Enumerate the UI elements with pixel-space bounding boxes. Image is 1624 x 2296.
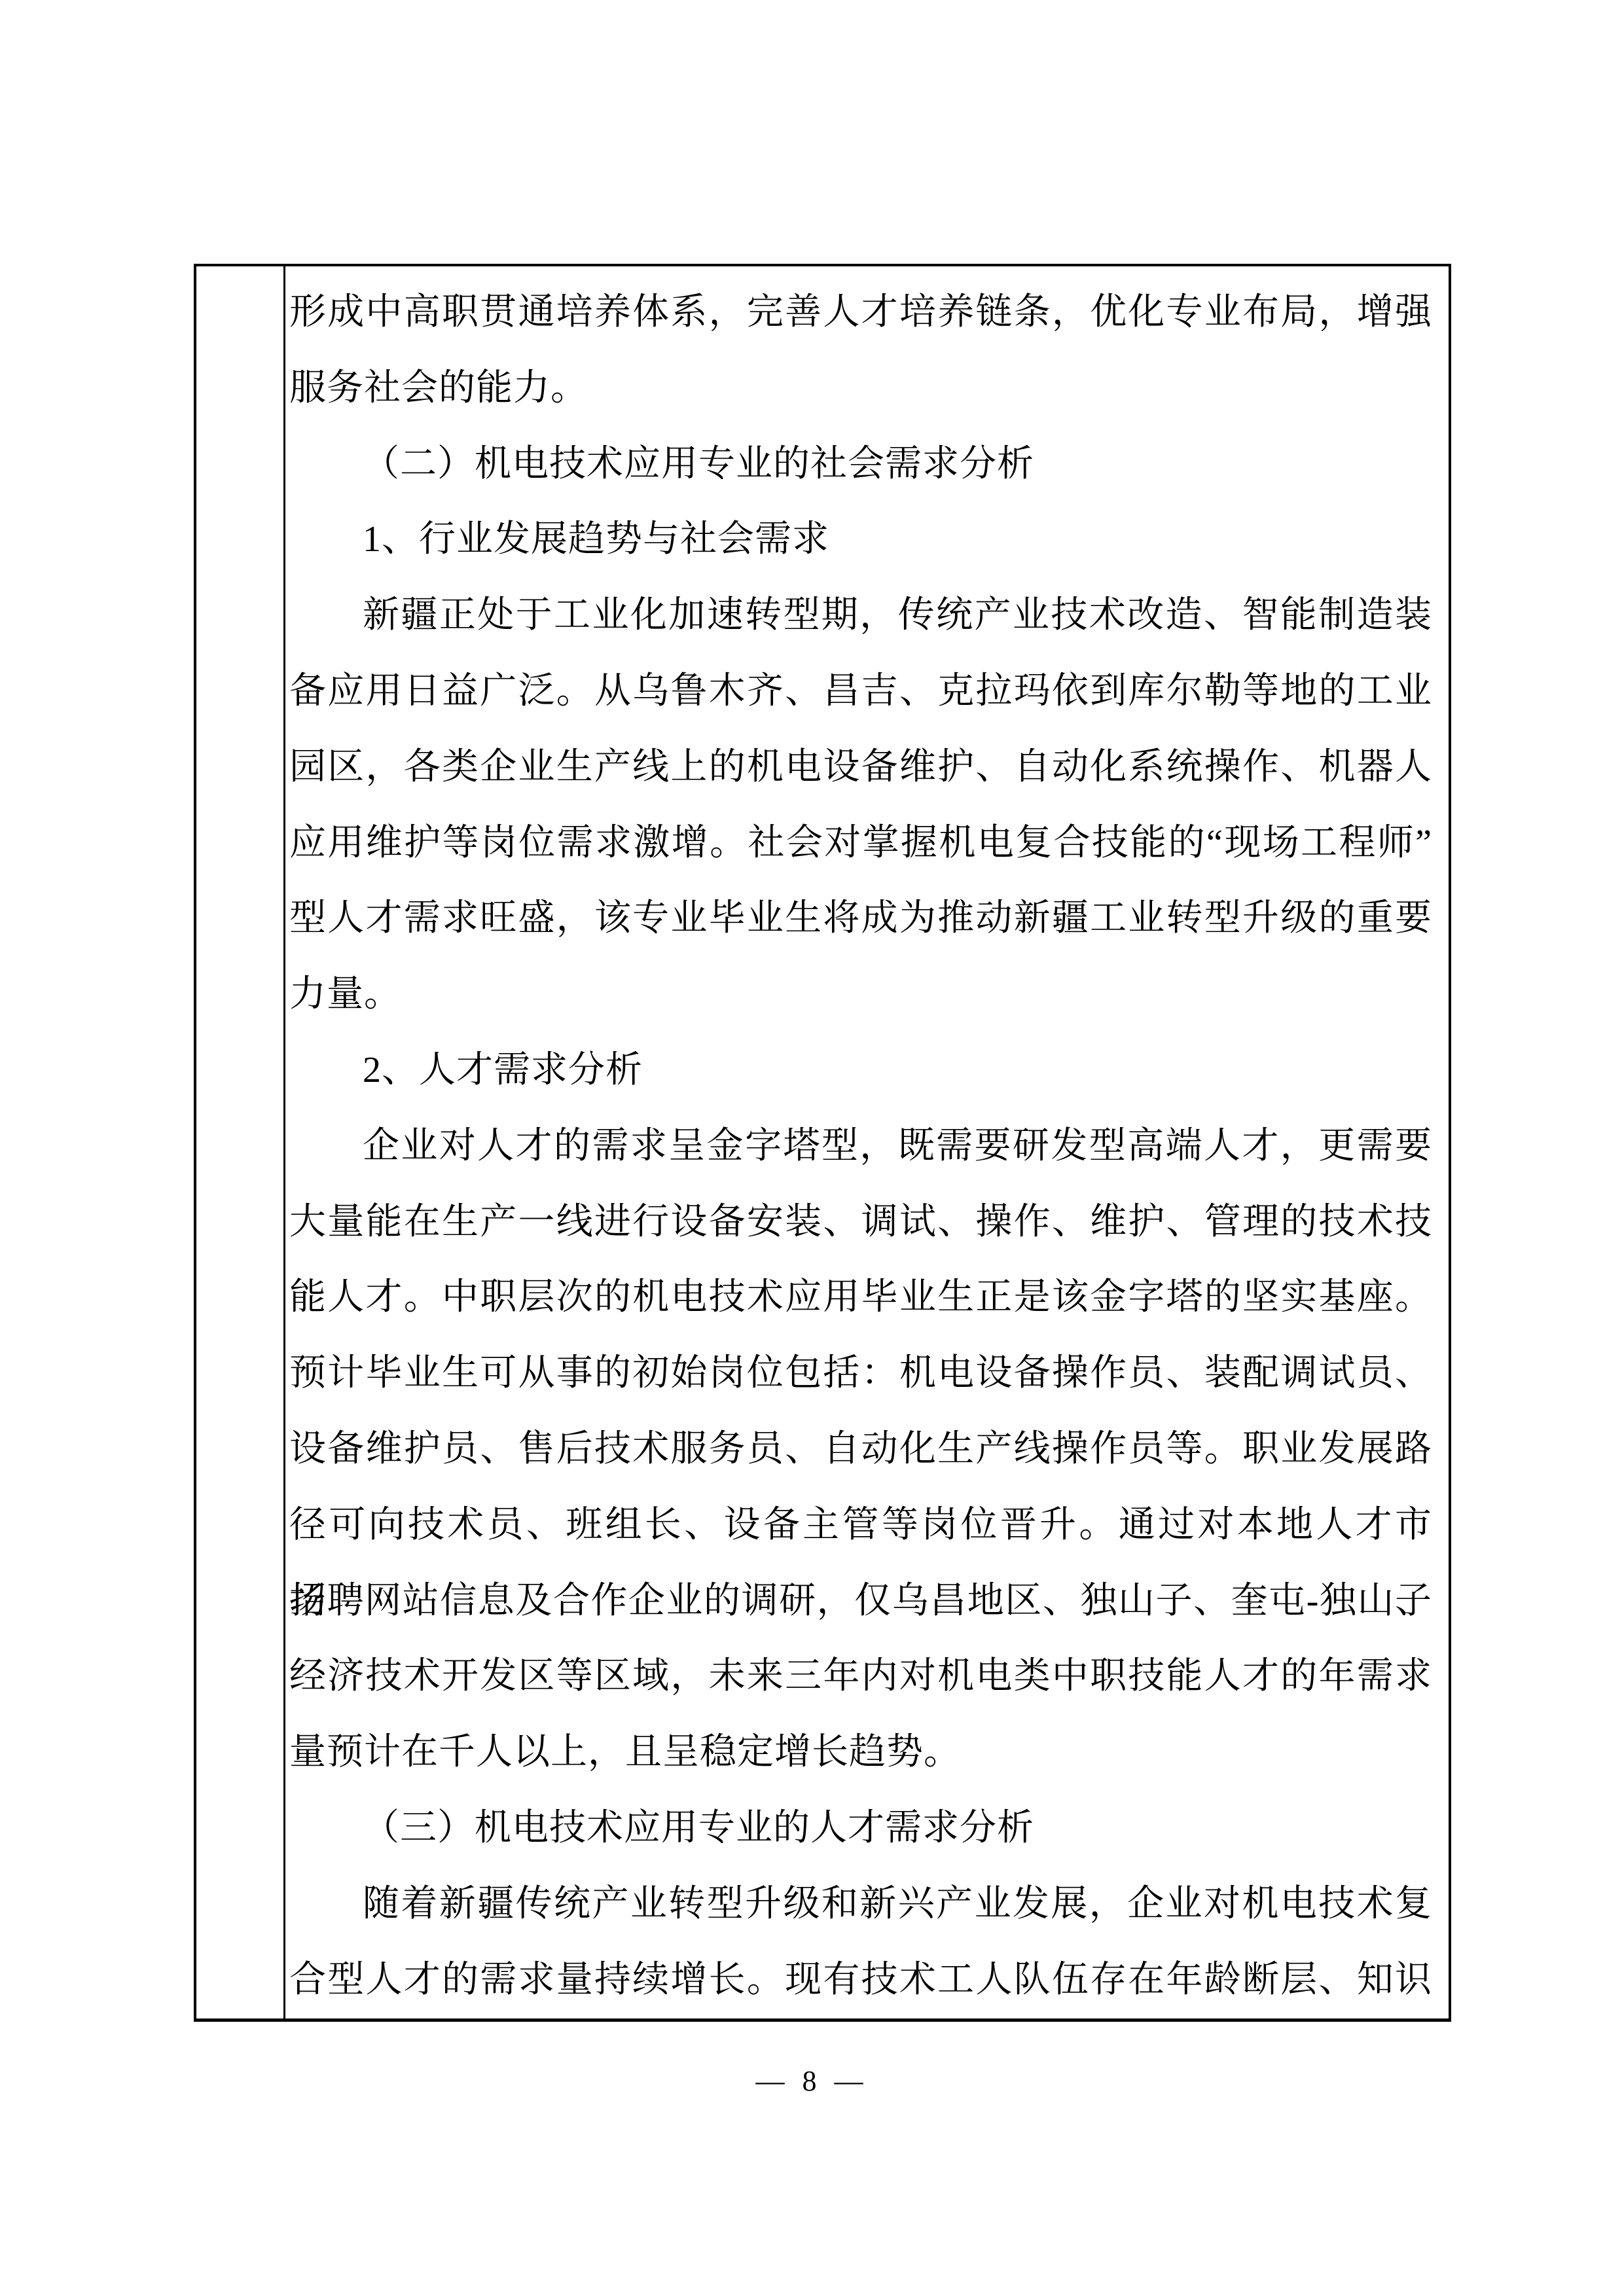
text-line: 园区，各类企业生产线上的机电设备维护、自动化系统操作、机器人 <box>289 730 1432 806</box>
text-line: 应用维护等岗位需求激增。社会对掌握机电复合技能的“现场工程师” <box>289 806 1432 882</box>
text-line: 新疆正处于工业化加速转型期，传统产业技术改造、智能制造装 <box>289 578 1432 654</box>
text-line: 2、人才需求分析 <box>289 1033 1432 1109</box>
text-line: 形成中高职贯通培养体系，完善人才培养链条，优化专业布局，增强 <box>289 275 1432 351</box>
content-table: 形成中高职贯通培养体系，完善人才培养链条，优化专业布局，增强服务社会的能力。（二… <box>194 264 1451 2022</box>
text-line: 型人才需求旺盛，该专业毕业生将成为推动新疆工业转型升级的重要 <box>289 881 1432 957</box>
text-line: 招聘网站信息及合作企业的调研，仅乌昌地区、独山子、奎屯-独山子 <box>289 1564 1432 1640</box>
text-line: 设备维护员、售后技术服务员、自动化生产线操作员等。职业发展路 <box>289 1412 1432 1488</box>
text-line: （二）机电技术应用专业的社会需求分析 <box>289 427 1432 503</box>
text-line: 随着新疆传统产业转型升级和新兴产业发展，企业对机电技术复 <box>289 1867 1432 1943</box>
text-line: 经济技术开发区等区域，未来三年内对机电类中职技能人才的年需求 <box>289 1639 1432 1715</box>
page-footer: — 8 — <box>0 2062 1624 2101</box>
text-line: 服务社会的能力。 <box>289 351 1432 427</box>
text-line: 企业对人才的需求呈金字塔型，既需要研发型高端人才，更需要 <box>289 1109 1432 1185</box>
text-line: 备应用日益广泛。从乌鲁木齐、昌吉、克拉玛依到库尔勒等地的工业 <box>289 654 1432 730</box>
page-number: — 8 — <box>756 2065 869 2097</box>
text-line: （三）机电技术应用专业的人才需求分析 <box>289 1791 1432 1867</box>
table-left-cell <box>196 266 285 2018</box>
text-line: 力量。 <box>289 957 1432 1033</box>
text-line: 大量能在生产一线进行设备安装、调试、操作、维护、管理的技术技 <box>289 1185 1432 1261</box>
text-line: 合型人才的需求量持续增长。现有技术工人队伍存在年龄断层、知识 <box>289 1943 1432 2018</box>
text-line: 能人才。中职层次的机电技术应用毕业生正是该金字塔的坚实基座。 <box>289 1260 1432 1336</box>
text-line: 径可向技术员、班组长、设备主管等岗位晋升。通过对本地人才市场、 <box>289 1488 1432 1564</box>
text-line: 预计毕业生可从事的初始岗位包括：机电设备操作员、装配调试员、 <box>289 1336 1432 1412</box>
text-line: 量预计在千人以上，且呈稳定增长趋势。 <box>289 1715 1432 1791</box>
table-content-cell: 形成中高职贯通培养体系，完善人才培养链条，优化专业布局，增强服务社会的能力。（二… <box>285 266 1449 2018</box>
text-line: 1、行业发展趋势与社会需求 <box>289 502 1432 578</box>
